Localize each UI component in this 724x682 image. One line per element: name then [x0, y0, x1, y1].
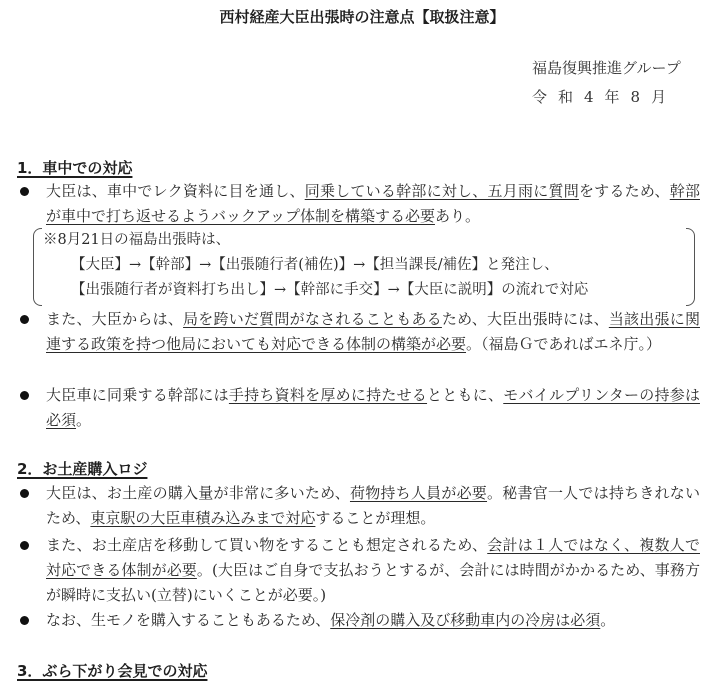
bullet-icon	[20, 315, 29, 324]
text-segment: なお、生モノを購入することもあるため、	[46, 611, 330, 629]
text-segment: 。（福島Ｇであればエネ庁。）	[466, 335, 661, 353]
text-segment: また、お土産店を移動して買い物をすることも想定されるため、	[46, 536, 487, 554]
text-segment: 大臣車に同乗する幹部には	[46, 386, 229, 404]
underlined-segment: 局を跨いだ質問がなされることもある	[183, 310, 442, 328]
note-line-2: 【大臣】→【幹部】→【出張随行者(補佐)】→【担当課長/補佐】と発注し、	[71, 253, 559, 278]
right-bracket	[686, 228, 695, 306]
note-box: ※8月21日の福島出張時は、 【大臣】→【幹部】→【出張随行者(補佐)】→【担当…	[33, 228, 695, 306]
text-segment: 大臣は、車中でレク資料に目を通し、	[46, 182, 305, 200]
text-segment: 。	[600, 611, 615, 629]
underlined-segment: 同乗している幹部に対し、五月雨に質問	[305, 182, 579, 200]
left-bracket	[33, 228, 42, 306]
document-date: 令和4年8月	[532, 86, 702, 107]
text-segment: することが理想。	[315, 509, 435, 527]
text-segment: とともに、	[427, 386, 503, 404]
section-1-bullet-1: 大臣は、車中でレク資料に目を通し、同乗している幹部に対し、五月雨に質問をするため…	[20, 179, 700, 229]
underlined-segment: 東京駅の大臣車積み込みまで対応	[90, 509, 315, 527]
note-line-1: ※8月21日の福島出張時は、	[43, 228, 230, 253]
note-line-3: 【出張随行者が資料打ち出し】→【幹部に手交】→【大臣に説明】の流れで対応	[71, 278, 588, 303]
bullet-text: 大臣は、車中でレク資料に目を通し、同乗している幹部に対し、五月雨に質問をするため…	[46, 179, 700, 229]
section-1-heading: 1．車中での対応	[17, 157, 132, 178]
bullet-text: 大臣は、お土産の購入量が非常に多いため、荷物持ち人員が必要。秘書官一人では持ちき…	[46, 481, 700, 531]
organization-name: 福島復興推進グループ	[532, 57, 702, 78]
underlined-segment: 荷物持ち人員が必要	[350, 484, 487, 502]
section-3-heading: 3．ぶら下がり会見での対応	[17, 660, 207, 681]
text-segment: また、大臣からは、	[46, 310, 183, 328]
section-2-bullet-3: なお、生モノを購入することもあるため、保冷剤の購入及び移動車内の冷房は必須。	[20, 608, 700, 633]
section-1-bullet-2: また、大臣からは、局を跨いだ質問がなされることもあるため、大臣出張時には、当該出…	[20, 307, 700, 357]
bullet-text: また、大臣からは、局を跨いだ質問がなされることもあるため、大臣出張時には、当該出…	[46, 307, 700, 357]
section-2-bullet-1: 大臣は、お土産の購入量が非常に多いため、荷物持ち人員が必要。秘書官一人では持ちき…	[20, 481, 700, 531]
bullet-icon	[20, 187, 29, 196]
section-2-bullet-2: また、お土産店を移動して買い物をすることも想定されるため、会計は１人ではなく、複…	[20, 533, 700, 608]
bullet-icon	[20, 616, 29, 625]
text-segment: 大臣は、お土産の購入量が非常に多いため、	[46, 484, 350, 502]
bullet-icon	[20, 391, 29, 400]
text-segment: をするため、	[579, 182, 670, 200]
bullet-text: 大臣車に同乗する幹部には手持ち資料を厚めに持たせるとともに、モバイルプリンターの…	[46, 383, 700, 433]
underlined-segment: 手持ち資料を厚めに持たせる	[229, 386, 427, 404]
bullet-text: なお、生モノを購入することもあるため、保冷剤の購入及び移動車内の冷房は必須。	[46, 608, 700, 633]
document-title: 西村経産大臣出張時の注意点【取扱注意】	[0, 6, 724, 27]
bullet-icon	[20, 541, 29, 550]
section-1-bullet-3: 大臣車に同乗する幹部には手持ち資料を厚めに持たせるとともに、モバイルプリンターの…	[20, 383, 700, 433]
bullet-text: また、お土産店を移動して買い物をすることも想定されるため、会計は１人ではなく、複…	[46, 533, 700, 608]
text-segment: ため、大臣出張時には、	[442, 310, 609, 328]
underlined-segment: 保冷剤の購入及び移動車内の冷房は必須	[330, 611, 600, 629]
text-segment: あり。	[435, 207, 480, 225]
text-segment: 。	[76, 411, 91, 429]
bullet-icon	[20, 489, 29, 498]
section-2-heading: 2．お土産購入ロジ	[17, 458, 147, 479]
